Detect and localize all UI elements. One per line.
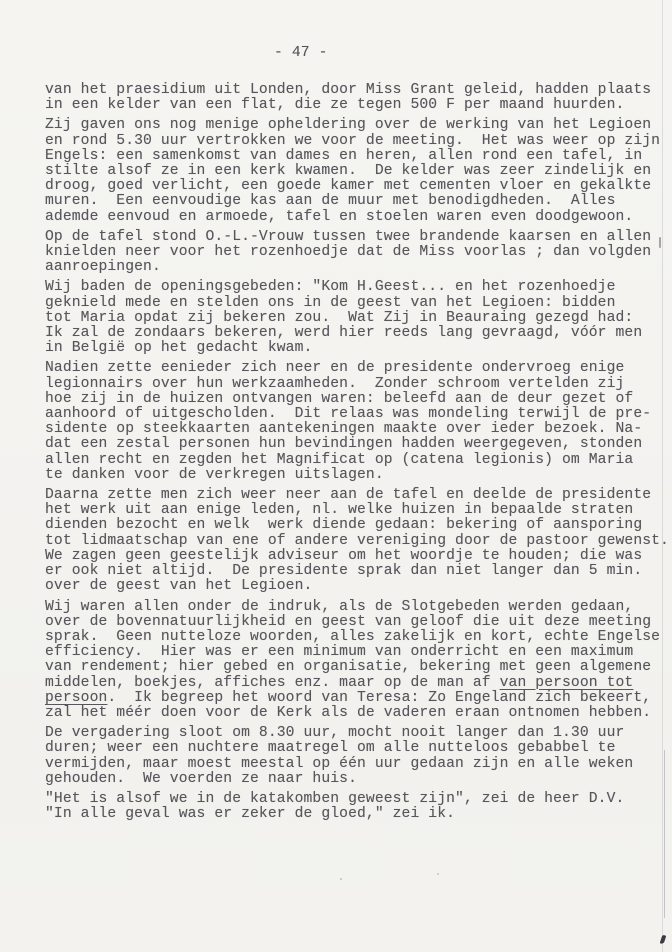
text-line: knielden neer voor het rozenhoedje dat d… bbox=[45, 245, 670, 260]
paragraph: Wij waren allen onder de indruk, als de … bbox=[45, 600, 670, 722]
underlined-text: van persoon tot bbox=[500, 675, 634, 691]
paragraph: Nadien zette eenieder zich neer en de pr… bbox=[45, 361, 670, 483]
text-segment: Daarna zette men zich weer neer aan de t… bbox=[45, 487, 651, 503]
text-segment: over de geest van het Legioen. bbox=[45, 578, 312, 594]
ink-dash-artifact bbox=[659, 237, 661, 248]
text-line: in België op het gedacht kwam. bbox=[45, 341, 670, 356]
text-segment: Op de tafel stond O.-L.-Vrouw tussen twe… bbox=[45, 229, 651, 245]
text-segment: knielden neer voor het rozenhoedje dat d… bbox=[45, 244, 651, 260]
text-line: aanhoord of uitgescholden. Dit relaas wa… bbox=[45, 407, 670, 422]
text-line: We zagen geen geestelijk adviseur om het… bbox=[45, 549, 670, 564]
text-line: dat een zestal personen hun bevindingen … bbox=[45, 437, 670, 452]
text-line: zal het méér doen voor de Kerk als de va… bbox=[45, 706, 670, 721]
text-line: ademde eenvoud en armoede, tafel en stoe… bbox=[45, 210, 670, 225]
text-line: aanroepingen. bbox=[45, 260, 670, 275]
text-line: vermijden, maar moest meestal op één uur… bbox=[45, 757, 670, 772]
text-line: legionnairs over hun werkzaamheden. Zond… bbox=[45, 377, 670, 392]
paragraph: Zij gaven ons nog menige opheldering ove… bbox=[45, 118, 670, 224]
text-line: van het praesidium uit Londen, door Miss… bbox=[45, 83, 670, 98]
text-segment: tot Maria opdat zij bekeren zou. Wat Zij… bbox=[45, 310, 633, 326]
text-line: persoon. Ik begreep het woord van Teresa… bbox=[45, 691, 670, 706]
text-line: muren. Een eenvoudige kas aan de muur me… bbox=[45, 194, 670, 209]
text-segment: muren. Een eenvoudige kas aan de muur me… bbox=[45, 193, 616, 209]
scan-edge-line-lower bbox=[664, 750, 665, 918]
text-segment: te danken voor de verkregen uitslagen. bbox=[45, 467, 384, 483]
text-segment: en rond 5.30 uur vertrokken we voor de m… bbox=[45, 133, 660, 149]
text-segment: hoe zij in de huizen ontvangen waren: be… bbox=[45, 391, 633, 407]
paragraph: Daarna zette men zich weer neer aan de t… bbox=[45, 488, 670, 594]
text-segment: het werk uit aan enige leden, nl. welke … bbox=[45, 502, 633, 518]
text-segment: aanhoord of uitgescholden. Dit relaas wa… bbox=[45, 406, 651, 422]
text-line: Engels: een samenkomst van dames en here… bbox=[45, 149, 670, 164]
underlined-text: persoon bbox=[45, 690, 107, 706]
text-line: tot lidmaatschap van ene of andere veren… bbox=[45, 534, 670, 549]
text-segment: dat een zestal personen hun bevindingen … bbox=[45, 436, 642, 452]
text-line: van rendement; hier gebed en organisatie… bbox=[45, 660, 670, 675]
text-segment: . Ik begreep het woord van Teresa: Zo En… bbox=[107, 690, 651, 706]
text-line: Nadien zette eenieder zich neer en de pr… bbox=[45, 361, 670, 376]
paragraph: Wij baden de openingsgebeden: "Kom H.Gee… bbox=[45, 280, 670, 356]
text-line: en rond 5.30 uur vertrokken we voor de m… bbox=[45, 134, 670, 149]
text-line: geknield mede en stelden ons in de geest… bbox=[45, 296, 670, 311]
text-line: gehouden. We voerden ze naar huis. bbox=[45, 772, 670, 787]
scan-edge-line bbox=[662, 0, 663, 952]
text-segment: legionnairs over hun werkzaamheden. Zond… bbox=[45, 376, 624, 392]
text-line: tot Maria opdat zij bekeren zou. Wat Zij… bbox=[45, 311, 670, 326]
text-segment: Zij gaven ons nog menige opheldering ove… bbox=[45, 117, 651, 133]
text-line: over de bovennatuurlijkheid en geest van… bbox=[45, 615, 670, 630]
text-line: te danken voor de verkregen uitslagen. bbox=[45, 468, 670, 483]
text-segment: "In alle geval was er zeker de gloed," z… bbox=[45, 806, 455, 822]
text-segment: Wij baden de openingsgebeden: "Kom H.Gee… bbox=[45, 279, 616, 295]
text-segment: in een kelder van een flat, die ze tegen… bbox=[45, 97, 624, 113]
text-line: "Het is alsof we in de katakomben gewees… bbox=[45, 792, 670, 807]
text-line: over de geest van het Legioen. bbox=[45, 579, 670, 594]
text-line: middelen, boekjes, affiches enz. maar op… bbox=[45, 676, 670, 691]
paper-speck bbox=[437, 873, 439, 875]
text-segment: in België op het gedacht kwam. bbox=[45, 340, 312, 356]
text-segment: We zagen geen geestelijk adviseur om het… bbox=[45, 548, 642, 564]
text-line: allen recht en zegden het Magnificat op … bbox=[45, 453, 670, 468]
text-segment: gehouden. We voerden ze naar huis. bbox=[45, 771, 357, 787]
text-line: Zij gaven ons nog menige opheldering ove… bbox=[45, 118, 670, 133]
text-segment: sidente op steekkaarten aantekeningen ma… bbox=[45, 421, 642, 437]
page-number: - 47 - bbox=[274, 45, 327, 61]
text-line: Ik zal de zondaars bekeren, werd hier re… bbox=[45, 326, 670, 341]
text-segment: droog, goed verlicht, een goede kamer me… bbox=[45, 178, 651, 194]
text-segment: zal het méér doen voor de Kerk als de va… bbox=[45, 705, 651, 721]
text-segment: aanroepingen. bbox=[45, 259, 161, 275]
text-line: Op de tafel stond O.-L.-Vrouw tussen twe… bbox=[45, 230, 670, 245]
text-segment: Ik zal de zondaars bekeren, werd hier re… bbox=[45, 325, 642, 341]
paper-speck bbox=[340, 878, 342, 880]
text-segment: "Het is alsof we in de katakomben gewees… bbox=[45, 791, 624, 807]
text-line: dienden bezocht en welk werk diende geda… bbox=[45, 518, 670, 533]
text-line: hoe zij in de huizen ontvangen waren: be… bbox=[45, 392, 670, 407]
text-segment: efficiency. Hier was er een minimum van … bbox=[45, 644, 633, 660]
text-segment: van het praesidium uit Londen, door Miss… bbox=[45, 82, 651, 98]
paragraph: "Het is alsof we in de katakomben gewees… bbox=[45, 792, 670, 822]
text-segment: De vergadering sloot om 8.30 uur, mocht … bbox=[45, 725, 624, 741]
text-line: Wij waren allen onder de indruk, als de … bbox=[45, 600, 670, 615]
text-segment: ademde eenvoud en armoede, tafel en stoe… bbox=[45, 209, 633, 225]
paragraph: Op de tafel stond O.-L.-Vrouw tussen twe… bbox=[45, 230, 670, 276]
text-segment: er ook niet altijd. De presidente sprak … bbox=[45, 563, 642, 579]
text-line: in een kelder van een flat, die ze tegen… bbox=[45, 98, 670, 113]
paragraph: van het praesidium uit Londen, door Miss… bbox=[45, 83, 670, 113]
text-segment: stilte alsof ze in een kerk kwamen. De k… bbox=[45, 163, 651, 179]
text-segment: vermijden, maar moest meestal op één uur… bbox=[45, 756, 633, 772]
text-line: sprak. Geen nutteloze woorden, alles zak… bbox=[45, 630, 670, 645]
text-segment: Nadien zette eenieder zich neer en de pr… bbox=[45, 360, 624, 376]
text-segment: middelen, boekjes, affiches enz. maar op… bbox=[45, 675, 500, 691]
text-line: stilte alsof ze in een kerk kwamen. De k… bbox=[45, 164, 670, 179]
text-segment: van rendement; hier gebed en organisatie… bbox=[45, 659, 651, 675]
scanned-page: - 47 - van het praesidium uit Londen, do… bbox=[0, 0, 672, 952]
paragraph: De vergadering sloot om 8.30 uur, mocht … bbox=[45, 726, 670, 787]
text-line: "In alle geval was er zeker de gloed," z… bbox=[45, 807, 670, 822]
text-segment: over de bovennatuurlijkheid en geest van… bbox=[45, 614, 651, 630]
text-segment: duren; weer een nuchtere maatregel om al… bbox=[45, 740, 616, 756]
text-segment: geknield mede en stelden ons in de geest… bbox=[45, 295, 616, 311]
text-line: duren; weer een nuchtere maatregel om al… bbox=[45, 741, 670, 756]
text-line: Wij baden de openingsgebeden: "Kom H.Gee… bbox=[45, 280, 670, 295]
text-segment: allen recht en zegden het Magnificat op … bbox=[45, 452, 633, 468]
ink-speck-artifact bbox=[660, 935, 667, 945]
text-segment: Wij waren allen onder de indruk, als de … bbox=[45, 599, 633, 615]
text-segment: sprak. Geen nutteloze woorden, alles zak… bbox=[45, 629, 660, 645]
text-segment: tot lidmaatschap van ene of andere veren… bbox=[45, 533, 669, 549]
text-segment: dienden bezocht en welk werk diende geda… bbox=[45, 517, 642, 533]
text-block: van het praesidium uit Londen, door Miss… bbox=[45, 83, 670, 827]
text-line: Daarna zette men zich weer neer aan de t… bbox=[45, 488, 670, 503]
text-segment: Engels: een samenkomst van dames en here… bbox=[45, 148, 642, 164]
